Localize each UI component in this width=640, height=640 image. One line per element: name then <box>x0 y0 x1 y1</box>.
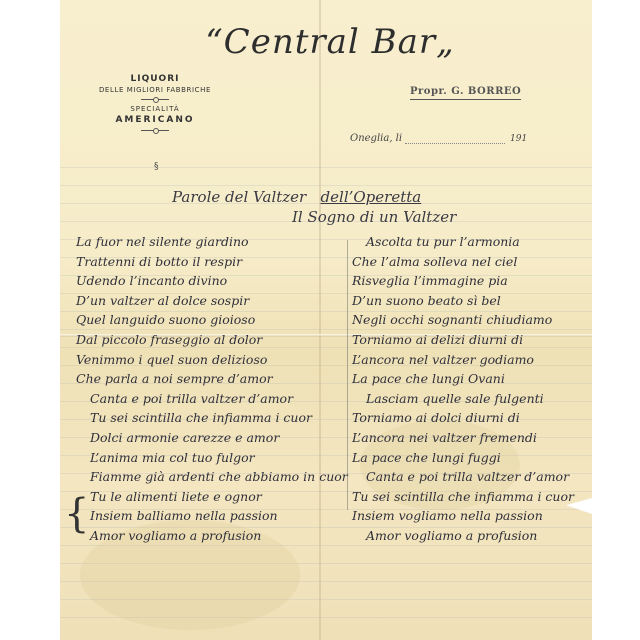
lyric-line: La pace che lungi Ovani <box>352 369 592 389</box>
lyric-line: L’ancora nel valtzer godiamo <box>352 350 592 370</box>
lyric-line: Canta e poi trilla valtzer d’amor <box>352 467 592 487</box>
lyric-line: L’ancora nei valtzer fremendi <box>352 428 592 448</box>
lyric-line: Quel languido suono gioioso <box>76 310 336 330</box>
lyric-line: Venimmo i quel suon delizioso <box>76 350 336 370</box>
lyrics-left-column: La fuor nel silente giardino Trattenni d… <box>76 232 336 546</box>
lyric-line: Dal piccolo fraseggio al dolor <box>76 330 336 350</box>
lyric-line: Amor vogliamo a profusion <box>76 526 336 546</box>
lyric-line: Che l’alma solleva nel ciel <box>352 252 592 272</box>
lyric-line: L’anima mia col tuo fulgor <box>76 448 336 468</box>
lyric-line: Amor vogliamo a profusion <box>352 526 592 546</box>
letterhead-fabbriche: DELLE MIGLIORI FABBRICHE <box>80 86 230 94</box>
lyric-line: Torniamo ai delizi diurni di <box>352 330 592 350</box>
lyric-line: Insiem balliamo nella passion <box>76 506 336 526</box>
lyric-line: D’un suono beato sì bel <box>352 291 592 311</box>
lyric-line: Tu sei scintilla che infiamma i cuor <box>352 487 592 507</box>
lyric-line: Tu sei scintilla che infiamma i cuor <box>76 408 336 428</box>
letterhead-liquori: LIQUORI <box>80 74 230 84</box>
lyrics-heading: Parole del Valtzer dell’Operetta <box>172 188 421 206</box>
letterhead-americano: AMERICANO <box>80 115 230 125</box>
place-date-label: Oneglia, li <box>350 133 402 144</box>
lyric-line: Udendo l’incanto divino <box>76 271 336 291</box>
date-dotted-line <box>405 143 505 144</box>
heading-part-b: dell’Operetta <box>321 188 422 206</box>
lyric-line: Torniamo ai dolci diurni di <box>352 408 592 428</box>
lyric-line: Dolci armonie carezze e amor <box>76 428 336 448</box>
proprietor: Propr. G. BORREO <box>410 86 521 100</box>
lyric-line: La fuor nel silente giardino <box>76 232 336 252</box>
lyric-line: La pace che lungi fuggi <box>352 448 592 468</box>
lyric-line: Risveglia l’immagine pia <box>352 271 592 291</box>
heading-part-a: Parole del Valtzer <box>172 188 306 206</box>
lyric-line: Trattenni di botto il respir <box>76 252 336 272</box>
curly-brace-mark: { <box>64 494 89 534</box>
letterhead-title: “Central Bar„ <box>180 22 480 62</box>
lyric-line: D’un valtzer al dolce sospir <box>76 291 336 311</box>
lyric-line: Fiamme già ardenti che abbiamo in cuor <box>76 467 336 487</box>
lyric-line: Negli occhi sognanti chiudiamo <box>352 310 592 330</box>
lyric-line: Canta e poi trilla valtzer d’amor <box>76 389 336 409</box>
lyric-line: Che parla a noi sempre d’amor <box>76 369 336 389</box>
section-mark: § <box>154 162 159 172</box>
lyric-line: Insiem vogliamo nella passion <box>352 506 592 526</box>
lyric-line: Ascolta tu pur l’armonia <box>352 232 592 252</box>
lyric-line: Tu le alimenti liete e ognor <box>76 487 336 507</box>
lyrics-right-column: Ascolta tu pur l’armonia Che l’alma soll… <box>352 232 592 546</box>
letterhead-specialita: SPECIALITÀ <box>80 105 230 113</box>
letterhead-left-block: LIQUORI DELLE MIGLIORI FABBRICHE SPECIAL… <box>80 74 230 136</box>
pencil-margin-line <box>347 240 348 510</box>
ornament-divider <box>141 130 169 131</box>
lyrics-subheading: Il Sogno di un Valtzer <box>292 208 456 226</box>
lyric-line: Lasciam quelle sale fulgenti <box>352 389 592 409</box>
year-prefix: 191 <box>510 134 527 144</box>
letter-paper: “Central Bar„ LIQUORI DELLE MIGLIORI FAB… <box>60 0 592 640</box>
ornament-divider <box>141 99 169 100</box>
